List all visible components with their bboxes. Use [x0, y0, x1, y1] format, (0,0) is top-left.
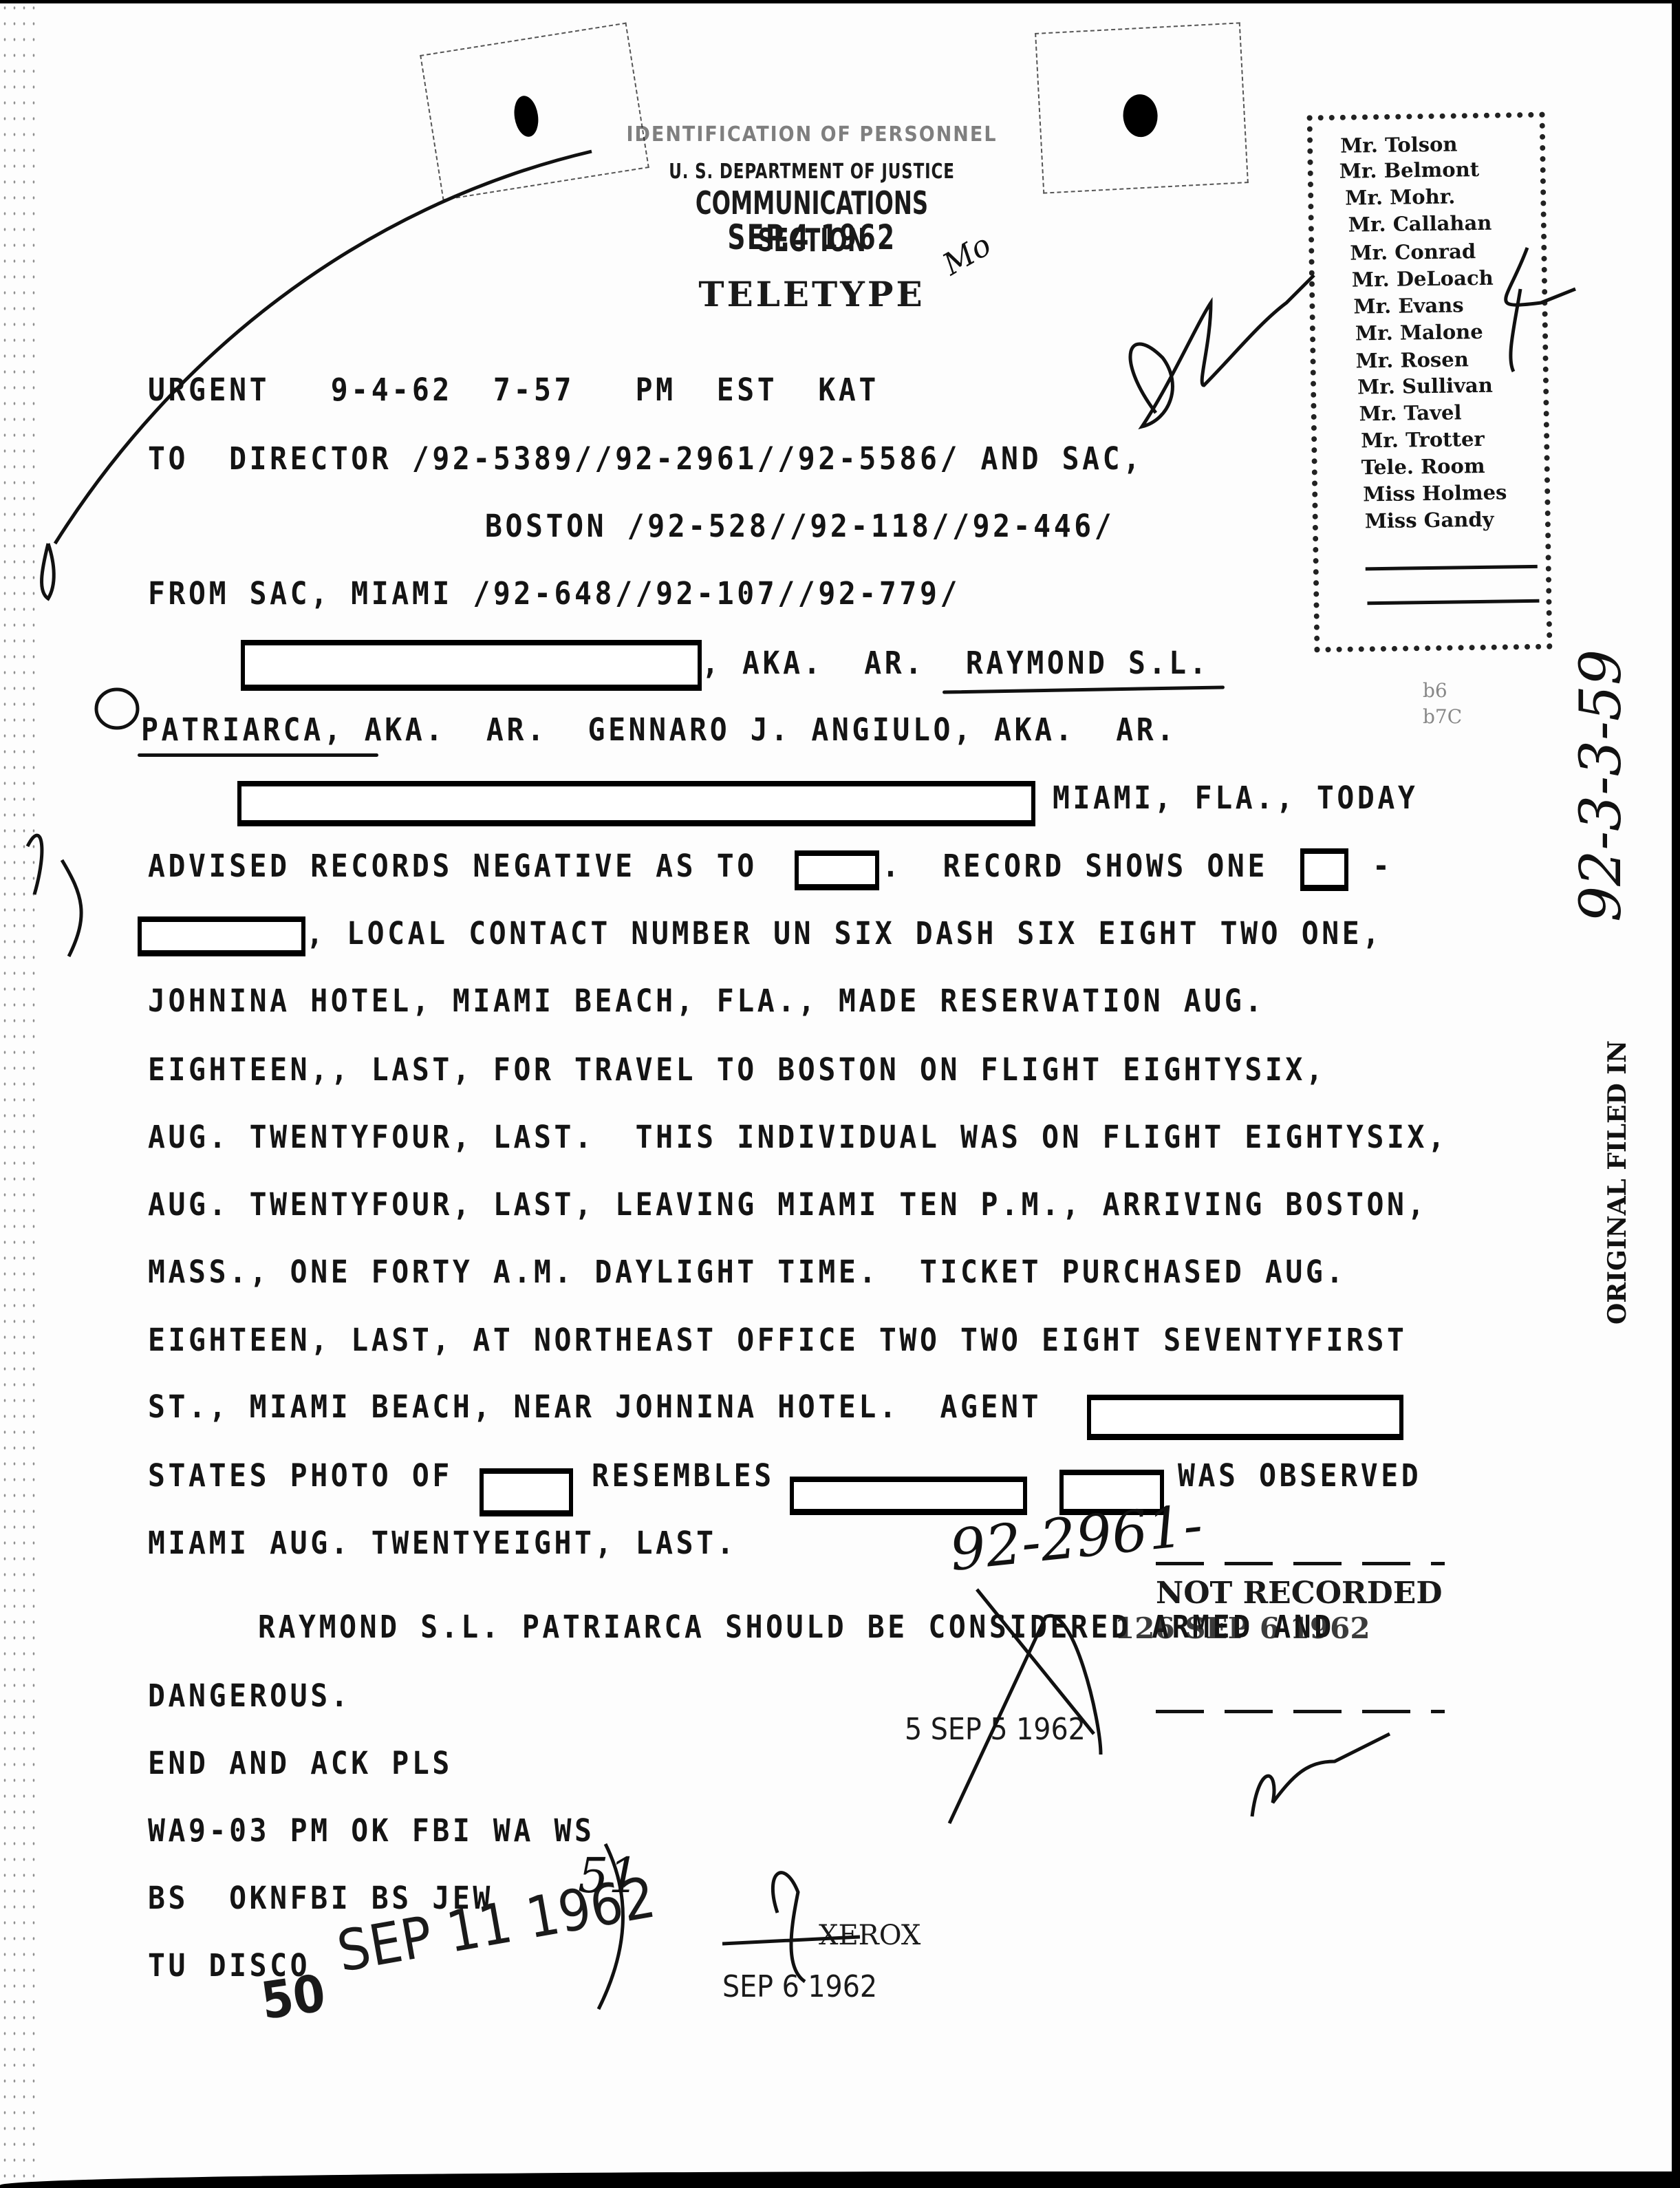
message-line: PATRIARCA, AKA. AR. GENNARO J. ANGIULO, …: [141, 711, 1177, 748]
routing-name: Miss Gandy: [1365, 508, 1494, 533]
redaction-box: [237, 781, 1035, 826]
routing-name: Mr. DeLoach: [1352, 266, 1494, 292]
message-line: RESEMBLES: [592, 1457, 775, 1494]
routing-name: Mr. Trotter: [1361, 427, 1485, 453]
serial-stamp: 50: [257, 1964, 329, 2031]
scan-edge-top: [0, 0, 1680, 3]
message-line: STATES PHOTO OF: [148, 1457, 453, 1494]
stamp-rule: [1156, 1710, 1445, 1713]
redaction-box: [790, 1477, 1027, 1515]
message-line: -: [1372, 848, 1393, 884]
handwritten-serial: 51: [578, 1847, 639, 1904]
message-line: AUG. TWENTYFOUR, LAST, LEAVING MIAMI TEN…: [148, 1186, 1428, 1223]
photo-stamp-dot-icon: [511, 94, 541, 139]
redaction-box: [795, 850, 879, 890]
header-received-date: SEP.4 1962: [647, 217, 977, 257]
exemption-code: b7C: [1423, 704, 1462, 730]
message-line: DANGEROUS.: [148, 1677, 351, 1714]
routing-name: Mr. Tolson: [1340, 132, 1458, 157]
photo-stamp-left: [420, 23, 649, 201]
message-line: ADVISED RECORDS NEGATIVE AS TO: [148, 848, 757, 884]
header-faint-line: IDENTIFICATION OF PERSONNEL: [605, 122, 1018, 147]
teletype-document-page: IDENTIFICATION OF PERSONNEL U. S. DEPART…: [0, 0, 1680, 2188]
routing-name: Mr. Malone: [1355, 320, 1483, 345]
redaction-box: [1087, 1395, 1403, 1440]
routing-name: Mr. Belmont: [1339, 158, 1479, 183]
routing-name: Mr. Rosen: [1355, 347, 1469, 372]
routing-blank-line: [1367, 599, 1539, 605]
message-line: , AKA. AR. RAYMOND S.L.: [702, 645, 1209, 681]
redaction-box: [138, 916, 305, 956]
message-line: MASS., ONE FORTY A.M. DAYLIGHT TIME. TIC…: [148, 1254, 1346, 1290]
routing-blank-line: [1366, 565, 1538, 570]
not-recorded-stamp: NOT RECORDED: [1156, 1576, 1442, 1611]
message-line: WA9-03 PM OK FBI WA WS: [148, 1812, 595, 1849]
message-line: MIAMI AUG. TWENTYEIGHT, LAST.: [148, 1525, 737, 1561]
xerox-date: SEP 6 1962: [722, 1969, 877, 2004]
message-line: EIGHTEEN, LAST, AT NORTHEAST OFFICE TWO …: [148, 1322, 1408, 1358]
redaction-box: [1300, 848, 1348, 891]
redaction-box: [480, 1468, 573, 1516]
message-line: . RECORD SHOWS ONE: [882, 848, 1268, 884]
message-line: AUG. TWENTYFOUR, LAST. THIS INDIVIDUAL W…: [148, 1119, 1448, 1155]
photo-stamp-dot-icon: [1122, 94, 1159, 138]
stamp-rule: [1156, 1562, 1445, 1565]
message-line: JOHNINA HOTEL, MIAMI BEACH, FLA., MADE R…: [148, 983, 1265, 1019]
routing-name: Mr. Conrad: [1350, 239, 1476, 265]
routing-name: Mr. Evans: [1353, 293, 1464, 318]
dated-stamp: 5 SEP 5 1962: [905, 1712, 1086, 1747]
not-recorded-date-stamp: 126 SEP 6 1962: [1114, 1611, 1370, 1645]
message-from-line: FROM SAC, MIAMI /92-648//92-107//92-779/: [148, 575, 960, 612]
message-line: ST., MIAMI BEACH, NEAR JOHNINA HOTEL. AG…: [148, 1388, 1042, 1425]
message-header-line: URGENT 9-4-62 7-57 PM EST KAT: [148, 372, 879, 408]
scan-edge-right: [1672, 0, 1680, 2188]
underline-mark: [138, 753, 378, 757]
photo-stamp-right: [1035, 22, 1249, 193]
margin-file-number: 92-3-3-59: [1569, 650, 1634, 922]
scan-noise: [0, 0, 41, 2188]
message-line: MIAMI, FLA., TODAY: [1053, 780, 1418, 816]
routing-name: Mr. Callahan: [1348, 211, 1492, 237]
scan-edge-bottom: [0, 2171, 1680, 2188]
header-department: U. S. DEPARTMENT OF JUSTICE: [636, 160, 987, 184]
routing-name: Miss Holmes: [1363, 480, 1507, 506]
message-to-line-2: BOSTON /92-528//92-118//92-446/: [485, 508, 1114, 544]
message-line: WAS OBSERVED: [1178, 1457, 1421, 1494]
routing-name: Mr. Sullivan: [1357, 374, 1493, 399]
redaction-box: [241, 640, 702, 691]
routing-name: Mr. Tavel: [1359, 400, 1461, 425]
exemption-code: b6: [1423, 678, 1462, 704]
exemption-codes: b6 b7C: [1423, 678, 1462, 730]
xerox-label: XEROX: [819, 1920, 920, 1951]
routing-slip: Mr. Tolson Mr. Belmont Mr. Mohr. Mr. Cal…: [1307, 112, 1553, 653]
original-filed-in-label: ORIGINAL FILED IN: [1603, 1040, 1632, 1324]
message-to-line: TO DIRECTOR /92-5389//92-2961//92-5586/ …: [148, 440, 1143, 477]
message-line: , LOCAL CONTACT NUMBER UN SIX DASH SIX E…: [306, 915, 1383, 952]
routing-name: Tele. Room: [1361, 454, 1485, 480]
routing-name: Mr. Mohr.: [1345, 184, 1456, 209]
message-line: END AND ACK PLS: [148, 1745, 453, 1781]
underline-mark: [943, 685, 1225, 694]
message-line: EIGHTEEN,, LAST, FOR TRAVEL TO BOSTON ON…: [148, 1051, 1326, 1088]
